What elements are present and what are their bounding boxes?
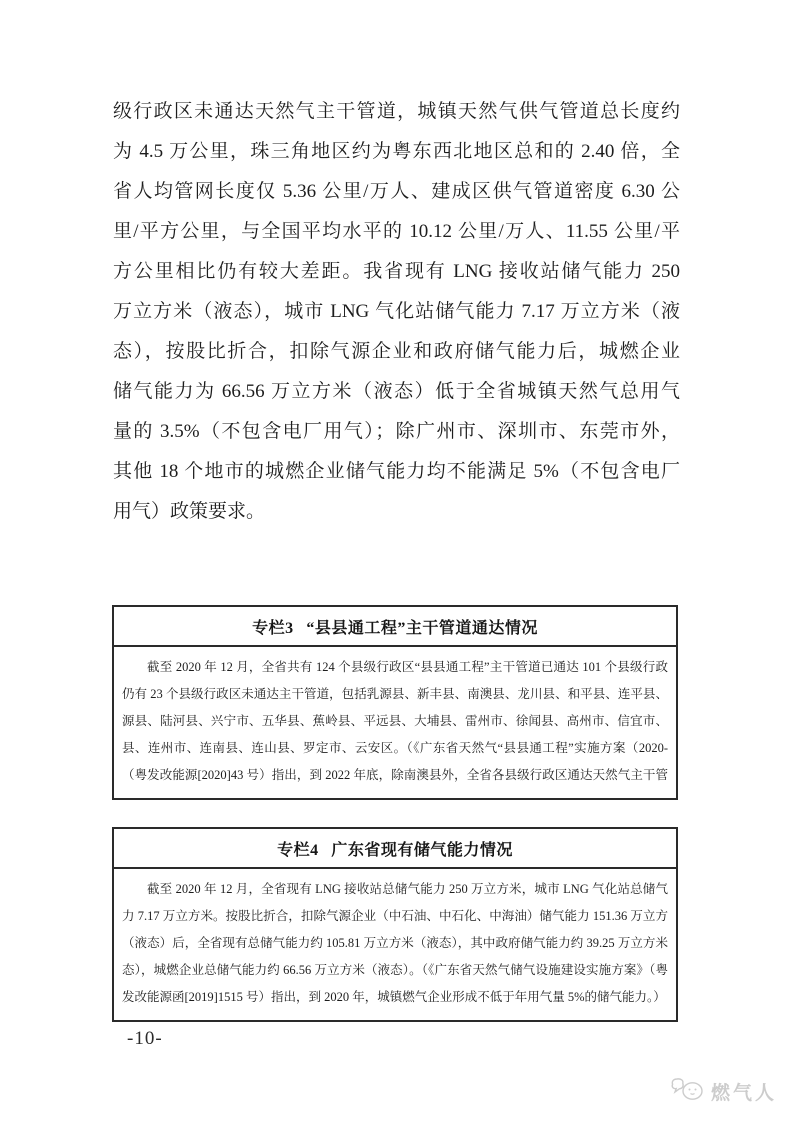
text-line: 力 7.17 万立方米。按股比折合，扣除气源企业（中石油、中石化、中海油）储气能… [122, 903, 668, 930]
box4-body: 截至 2020 年 12 月，全省现有 LNG 接收站总储气能力 250 万立方… [114, 869, 676, 1020]
box3-title: “县县通工程”主干管道通达情况 [306, 620, 538, 637]
box3-header: 专栏3“县县通工程”主干管道通达情况 [114, 607, 676, 647]
box4-title: 广东省现有储气能力情况 [331, 842, 513, 859]
text-line: 省人均管网长度仅 5.36 公里/万人、建成区供气管道密度 6.30 公 [113, 172, 680, 212]
text-line: 方公里相比仍有较大差距。我省现有 LNG 接收站储气能力 250 [113, 252, 680, 292]
text-line: 万立方米（液态），城市 LNG 气化站储气能力 7.17 万立方米（液 [113, 292, 680, 332]
box4-label: 专栏4 [277, 842, 319, 859]
text-line: 县、连州市、连南县、连山县、罗定市、云安区。（《广东省天然气“县县通工程”实施方… [122, 735, 668, 762]
text-line: 用气）政策要求。 [113, 492, 680, 532]
document-page: 级行政区未通达天然气主干管道，城镇天然气供气管道总长度约为 4.5 万公里，珠三… [0, 0, 794, 1123]
body-paragraph: 级行政区未通达天然气主干管道，城镇天然气供气管道总长度约为 4.5 万公里，珠三… [113, 92, 680, 532]
text-line: 里/平方公里，与全国平均水平的 10.12 公里/万人、11.55 公里/平 [113, 212, 680, 252]
text-line: （液态）后，全省现有总储气能力约 105.81 万立方米（液态），其中政府储气能… [122, 930, 668, 957]
text-line: 截至 2020 年 12 月，全省共有 124 个县级行政区“县县通工程”主干管… [122, 654, 668, 681]
text-line: 源县、陆河县、兴宁市、五华县、蕉岭县、平远县、大埔县、雷州市、徐闻县、高州市、信… [122, 708, 668, 735]
gas-mascot-icon [670, 1076, 706, 1107]
box4-header: 专栏4广东省现有储气能力情况 [114, 829, 676, 869]
text-line: （粤发改能源[2020]43 号）指出，到 2022 年底，除南澳县外，全省各县… [122, 762, 668, 789]
watermark-text: 燃气人 [711, 1078, 777, 1105]
text-line: 截至 2020 年 12 月，全省现有 LNG 接收站总储气能力 250 万立方… [122, 876, 668, 903]
text-line: 为 4.5 万公里，珠三角地区约为粤东西北地区总和的 2.40 倍，全 [113, 132, 680, 172]
callout-box-4: 专栏4广东省现有储气能力情况 截至 2020 年 12 月，全省现有 LNG 接… [112, 827, 678, 1022]
watermark: 燃气人 [670, 1076, 777, 1107]
text-line: 态），城燃企业总储气能力约 66.56 万立方米（液态）。（《广东省天然气储气设… [122, 957, 668, 984]
text-line: 仍有 23 个县级行政区未通达主干管道，包括乳源县、新丰县、南澳县、龙川县、和平… [122, 681, 668, 708]
text-line: 级行政区未通达天然气主干管道，城镇天然气供气管道总长度约 [113, 92, 680, 132]
text-line: 其他 18 个地市的城燃企业储气能力均不能满足 5%（不包含电厂 [113, 452, 680, 492]
text-line: 态），按股比折合，扣除气源企业和政府储气能力后，城燃企业 [113, 332, 680, 372]
box3-body: 截至 2020 年 12 月，全省共有 124 个县级行政区“县县通工程”主干管… [114, 647, 676, 798]
page-number: -10- [127, 1028, 163, 1050]
text-line: 储气能力为 66.56 万立方米（液态）低于全省城镇天然气总用气 [113, 372, 680, 412]
text-line: 量的 3.5%（不包含电厂用气）；除广州市、深圳市、东莞市外， [113, 412, 680, 452]
callout-box-3: 专栏3“县县通工程”主干管道通达情况 截至 2020 年 12 月，全省共有 1… [112, 605, 678, 800]
box3-label: 专栏3 [252, 620, 294, 637]
text-line: 发改能源函[2019]1515 号）指出，到 2020 年，城镇燃气企业形成不低… [122, 984, 668, 1011]
